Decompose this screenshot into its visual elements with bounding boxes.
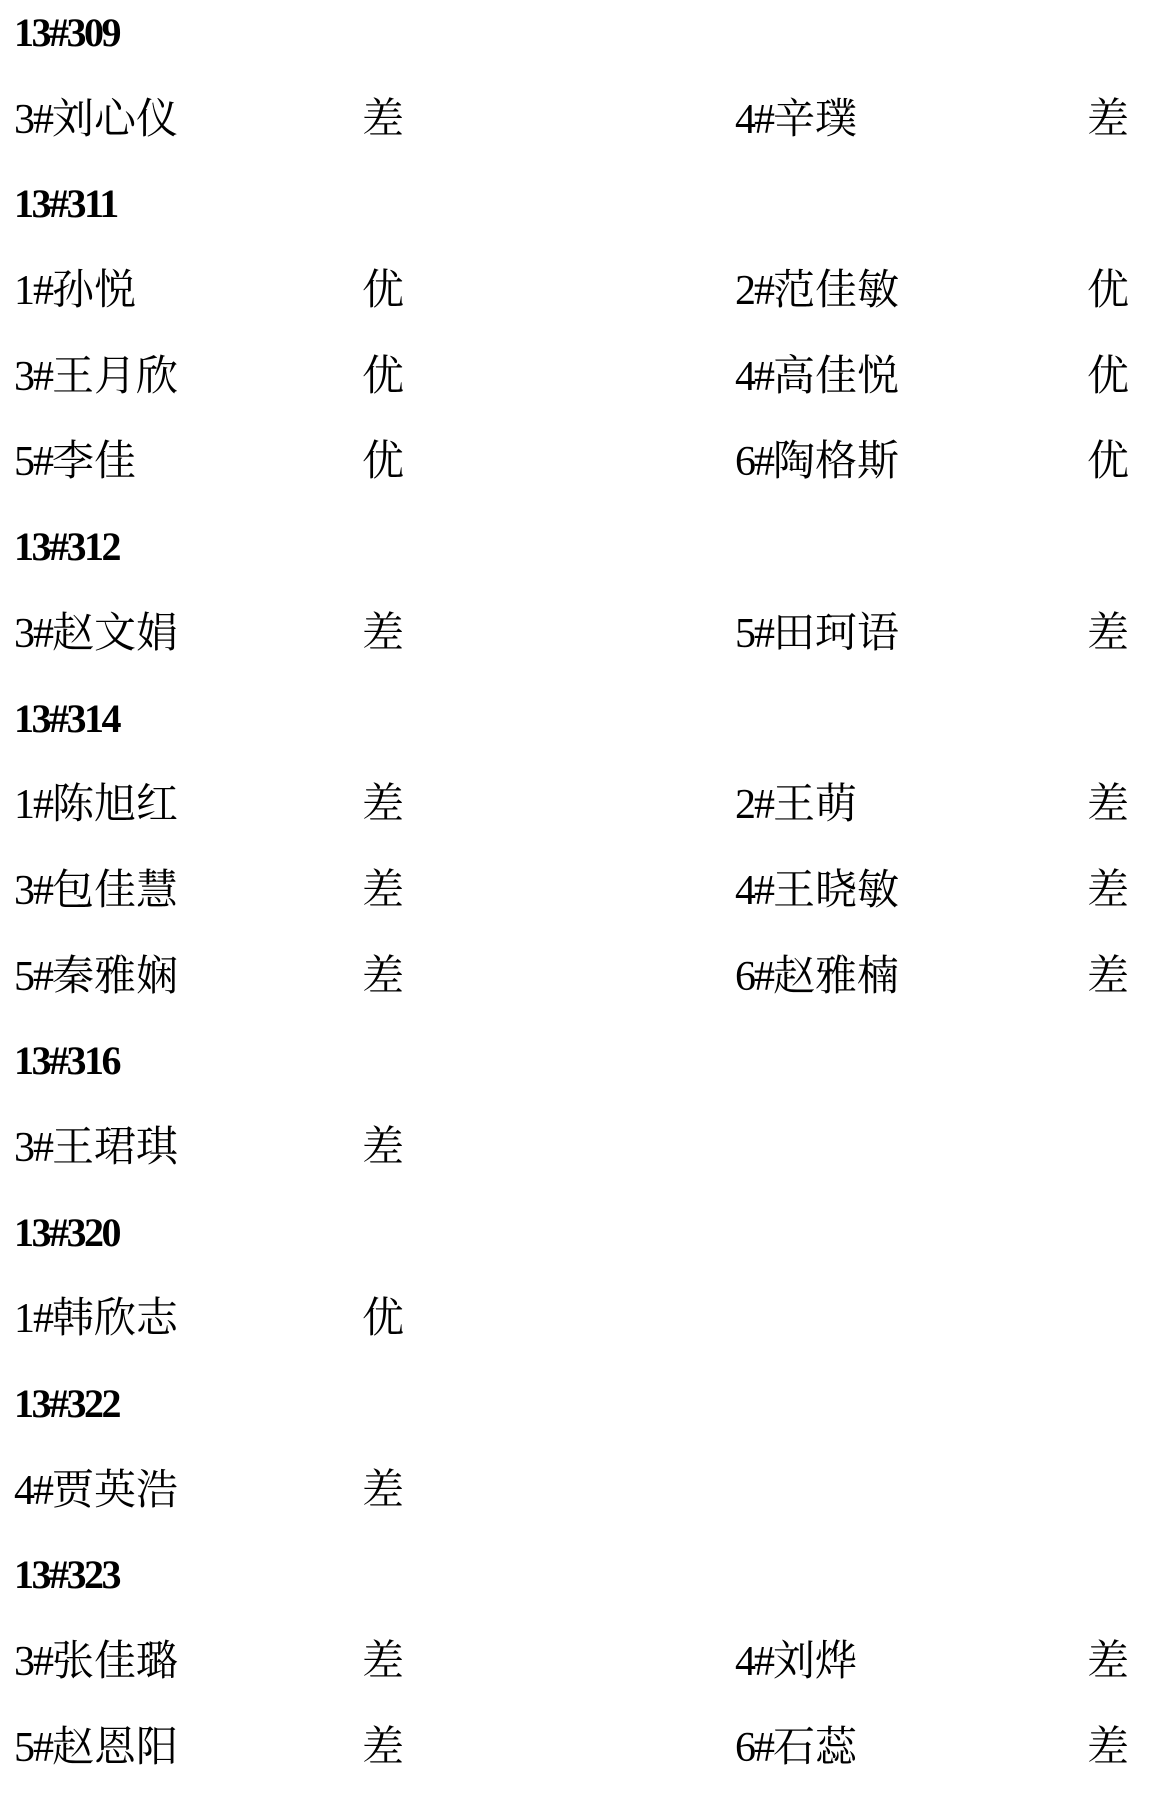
student-entry: 5#李佳 [14,436,136,487]
student-entry: 5#秦雅娴 [14,951,178,1002]
student-grade: 差 [362,1465,404,1515]
student-row: 1#孙悦 优 2#范佳敏 优 [0,245,1170,331]
student-entry: 3#张佳璐 [14,1636,178,1687]
student-entry: 6#石蕊 [735,1722,857,1773]
student-grade: 优 [362,351,404,401]
room-number: 13#323 [14,1552,119,1598]
student-grade: 差 [1087,94,1129,144]
student-grade: 差 [362,951,404,1001]
student-entry: 2#范佳敏 [735,265,899,316]
bed-number: 1# [14,1296,52,1342]
student-entry: 3#包佳慧 [14,865,178,916]
student-entry: 4#刘烨 [735,1636,857,1687]
student-row: 3#王珺琪 差 [0,1102,1170,1188]
student-entry: 3#王珺琪 [14,1122,178,1173]
bed-number: 4# [735,354,773,400]
student-name: 张佳璐 [52,1636,178,1685]
bed-number: 1# [14,782,52,828]
student-name: 王珺琪 [52,1122,178,1171]
bed-number: 3# [14,97,52,143]
student-name: 赵雅楠 [773,951,899,1000]
bed-number: 2# [735,268,773,314]
bed-number: 5# [14,1725,52,1771]
student-name: 范佳敏 [773,265,899,314]
room-number: 13#322 [14,1381,119,1427]
bed-number: 3# [14,1639,52,1685]
room-number: 13#320 [14,1210,119,1256]
student-row: 3#包佳慧 差 4#王晓敏 差 [0,845,1170,931]
bed-number: 3# [14,611,52,657]
student-entry: 4#高佳悦 [735,351,899,402]
bed-number: 5# [735,611,773,657]
student-row: 3#王月欣 优 4#高佳悦 优 [0,331,1170,417]
student-entry: 2#王萌 [735,779,857,830]
student-grade: 优 [362,436,404,486]
student-name: 石蕊 [773,1722,857,1771]
room-header-line: 13#323 [0,1530,1170,1616]
student-grade: 差 [1087,951,1129,1001]
student-entry: 5#田珂语 [735,608,899,659]
student-name: 贾英浩 [52,1465,178,1514]
student-name: 秦雅娴 [52,951,178,1000]
student-name: 包佳慧 [52,865,178,914]
bed-number: 4# [735,97,773,143]
student-row: 3#刘心仪 差 4#辛璞 差 [0,74,1170,160]
student-entry: 1#孙悦 [14,265,136,316]
student-name: 田珂语 [773,608,899,657]
student-row: 3#赵文娟 差 5#田珂语 差 [0,588,1170,674]
dorm-inspection-list: 13#309 3#刘心仪 差 4#辛璞 差 13#311 1#孙悦 优 2#范佳… [0,0,1170,1787]
bed-number: 5# [14,439,52,485]
bed-number: 4# [735,868,773,914]
room-number: 13#311 [14,181,117,227]
student-name: 王萌 [773,779,857,828]
student-grade: 优 [1087,265,1129,315]
student-row: 1#陈旭红 差 2#王萌 差 [0,759,1170,845]
room-number: 13#316 [14,1038,119,1084]
student-name: 赵文娟 [52,608,178,657]
student-grade: 差 [362,1122,404,1172]
student-grade: 差 [1087,608,1129,658]
student-entry: 6#陶格斯 [735,436,899,487]
student-name: 高佳悦 [773,351,899,400]
bed-number: 5# [14,954,52,1000]
student-name: 王月欣 [52,351,178,400]
student-grade: 差 [362,1636,404,1686]
student-row: 4#贾英浩 差 [0,1445,1170,1531]
bed-number: 1# [14,268,52,314]
student-row: 1#韩欣志 优 [0,1273,1170,1359]
student-entry: 1#韩欣志 [14,1293,178,1344]
student-entry: 3#刘心仪 [14,94,178,145]
student-name: 王晓敏 [773,865,899,914]
student-entry: 3#王月欣 [14,351,178,402]
bed-number: 6# [735,439,773,485]
student-grade: 优 [362,265,404,315]
student-grade: 优 [362,1293,404,1343]
student-row: 5#秦雅娴 差 6#赵雅楠 差 [0,931,1170,1017]
bed-number: 2# [735,782,773,828]
student-name: 陈旭红 [52,779,178,828]
room-header-line: 13#322 [0,1359,1170,1445]
room-header-line: 13#320 [0,1188,1170,1274]
student-entry: 4#王晓敏 [735,865,899,916]
student-row: 5#李佳 优 6#陶格斯 优 [0,416,1170,502]
bed-number: 4# [14,1468,52,1514]
bed-number: 3# [14,354,52,400]
student-grade: 差 [1087,1636,1129,1686]
bed-number: 6# [735,954,773,1000]
room-header-line: 13#314 [0,674,1170,760]
room-header-line: 13#316 [0,1016,1170,1102]
student-name: 孙悦 [52,265,136,314]
student-entry: 4#辛璞 [735,94,857,145]
student-grade: 差 [1087,1722,1129,1772]
student-grade: 差 [362,1722,404,1772]
student-grade: 差 [362,865,404,915]
student-name: 赵恩阳 [52,1722,178,1771]
student-entry: 6#赵雅楠 [735,951,899,1002]
bed-number: 3# [14,1125,52,1171]
student-name: 李佳 [52,436,136,485]
room-header-line: 13#309 [0,0,1170,74]
student-entry: 3#赵文娟 [14,608,178,659]
bed-number: 4# [735,1639,773,1685]
student-grade: 优 [1087,351,1129,401]
student-grade: 差 [362,94,404,144]
student-grade: 差 [362,779,404,829]
student-name: 陶格斯 [773,436,899,485]
student-grade: 差 [1087,779,1129,829]
room-header-line: 13#311 [0,159,1170,245]
student-name: 刘心仪 [52,94,178,143]
bed-number: 3# [14,868,52,914]
student-name: 刘烨 [773,1636,857,1685]
student-grade: 优 [1087,436,1129,486]
room-number: 13#312 [14,524,119,570]
student-row: 5#赵恩阳 差 6#石蕊 差 [0,1702,1170,1788]
room-number: 13#314 [14,696,119,742]
student-row: 3#张佳璐 差 4#刘烨 差 [0,1616,1170,1702]
student-entry: 5#赵恩阳 [14,1722,178,1773]
student-entry: 4#贾英浩 [14,1465,178,1516]
room-number: 13#309 [14,10,119,56]
room-header-line: 13#312 [0,502,1170,588]
student-grade: 差 [362,608,404,658]
student-grade: 差 [1087,865,1129,915]
bed-number: 6# [735,1725,773,1771]
student-name: 辛璞 [773,94,857,143]
student-entry: 1#陈旭红 [14,779,178,830]
student-name: 韩欣志 [52,1293,178,1342]
